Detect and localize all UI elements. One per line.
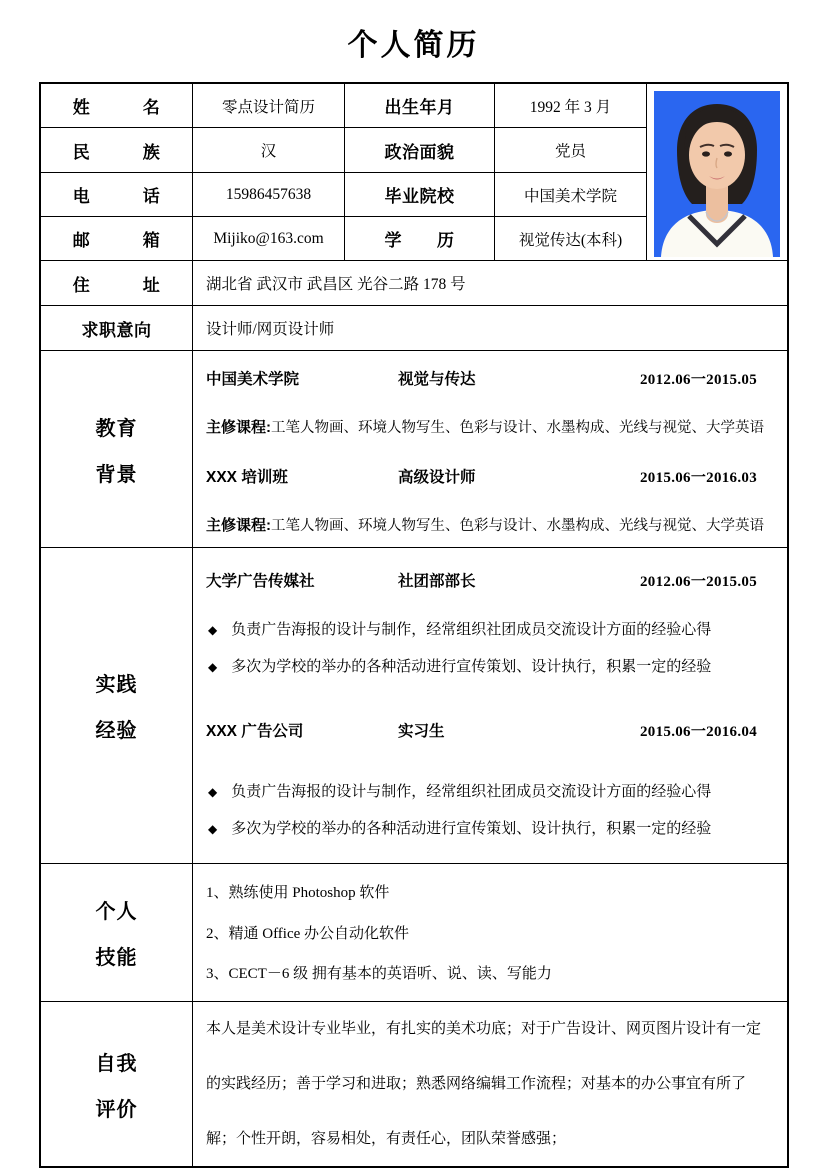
page-title: 个人简历 xyxy=(0,20,827,64)
education-date: 2012.06一2015.05 xyxy=(640,368,757,389)
field-label-ethnicity: 民 族 xyxy=(41,128,193,173)
section-label-education-line1: 教育 xyxy=(96,412,138,441)
field-value-phone: 15986457638 xyxy=(193,173,345,217)
practice-date: 2015.06一2016.04 xyxy=(640,720,757,741)
practice-entry-head: XXX 广告公司 实习生 2015.06一2016.04 xyxy=(206,719,771,741)
field-label-name: 姓 名 xyxy=(41,84,193,128)
section-label-education-line2: 背景 xyxy=(96,458,138,487)
education-org: 中国美术学院 xyxy=(206,367,398,389)
field-value-ethnicity: 汉 xyxy=(193,128,345,173)
field-label-objective: 求职意向 xyxy=(41,306,193,351)
practice-bullet-text: 多次为学校的举办的各种活动进行宣传策划、设计执行，积累一定的经验 xyxy=(231,817,711,838)
practice-entry-head: 大学广告传媒社 社团部部长 2012.06一2015.05 xyxy=(206,569,771,591)
practice-bullet-text: 负责广告海报的设计与制作，经常组织社团成员交流设计方面的经验心得 xyxy=(231,618,711,639)
practice-date: 2012.06一2015.05 xyxy=(640,570,757,591)
diamond-bullet-icon: ◆ xyxy=(208,660,217,674)
practice-role: 社团部部长 xyxy=(398,569,640,591)
education-date: 2015.06一2016.03 xyxy=(640,466,757,487)
field-value-degree: 视觉传达(本科) xyxy=(495,217,647,261)
practice-bullet-text: 负责广告海报的设计与制作，经常组织社团成员交流设计方面的经验心得 xyxy=(231,780,711,801)
field-value-address: 湖北省 武汉市 武昌区 光谷二路 178 号 xyxy=(193,261,787,306)
practice-org: 大学广告传媒社 xyxy=(206,569,398,591)
practice-bullet: ◆ 负责广告海报的设计与制作，经常组织社团成员交流设计方面的经验心得 xyxy=(206,618,771,639)
section-label-skills: 个人 技能 xyxy=(41,864,193,1002)
skill-item: 3、CECT－6 级 拥有基本的英语听、说、读、写能力 xyxy=(206,962,771,983)
education-courses-text: 工笔人物画、环境人物写生、色彩与设计、水墨构成、光线与视觉、大学英语 xyxy=(271,420,764,436)
evaluation-text: 本人是美术设计专业毕业，有扎实的美术功底；对于广告设计、网页图片设计有一定的实践… xyxy=(206,1002,769,1166)
skill-item: 1、熟练使用 Photoshop 软件 xyxy=(206,881,771,902)
field-value-school: 中国美术学院 xyxy=(495,173,647,217)
resume-table: 姓 名 零点设计简历 出生年月 1992 年 3 月 xyxy=(39,82,789,1168)
education-org: XXX 培训班 xyxy=(206,465,398,487)
diamond-bullet-icon: ◆ xyxy=(208,785,217,799)
section-content-education: 中国美术学院 视觉与传达 2012.06一2015.05 主修课程:工笔人物画、… xyxy=(193,351,787,548)
field-label-school: 毕业院校 xyxy=(345,173,495,217)
field-label-email: 邮 箱 xyxy=(41,217,193,261)
section-label-practice-line2: 经验 xyxy=(96,714,138,743)
section-content-practice: 大学广告传媒社 社团部部长 2012.06一2015.05 ◆ 负责广告海报的设… xyxy=(193,548,787,864)
education-entry-head: XXX 培训班 高级设计师 2015.06一2016.03 xyxy=(206,465,771,487)
field-value-political: 党员 xyxy=(495,128,647,173)
education-courses-label: 主修课程: xyxy=(206,419,271,436)
field-value-name: 零点设计简历 xyxy=(193,84,345,128)
field-value-objective: 设计师/网页设计师 xyxy=(193,306,787,351)
section-label-education: 教育 背景 xyxy=(41,351,193,548)
practice-bullet: ◆ 多次为学校的举办的各种活动进行宣传策划、设计执行，积累一定的经验 xyxy=(206,655,771,676)
section-content-evaluation: 本人是美术设计专业毕业，有扎实的美术功底；对于广告设计、网页图片设计有一定的实践… xyxy=(193,1002,787,1166)
section-label-practice-line1: 实践 xyxy=(96,668,138,697)
section-label-skills-line2: 技能 xyxy=(96,941,138,970)
photo-cell xyxy=(647,84,787,261)
field-value-birth: 1992 年 3 月 xyxy=(495,84,647,128)
diamond-bullet-icon: ◆ xyxy=(208,623,217,637)
section-label-evaluation: 自我 评价 xyxy=(41,1002,193,1166)
section-label-evaluation-line1: 自我 xyxy=(96,1047,138,1076)
diamond-bullet-icon: ◆ xyxy=(208,822,217,836)
field-label-phone: 电 话 xyxy=(41,173,193,217)
education-courses: 主修课程:工笔人物画、环境人物写生、色彩与设计、水墨构成、光线与视觉、大学英语 xyxy=(206,416,771,437)
field-label-political: 政治面貌 xyxy=(345,128,495,173)
skill-item: 2、精通 Office 办公自动化软件 xyxy=(206,922,771,943)
practice-bullet: ◆ 多次为学校的举办的各种活动进行宣传策划、设计执行，积累一定的经验 xyxy=(206,817,771,838)
education-entry-head: 中国美术学院 视觉与传达 2012.06一2015.05 xyxy=(206,367,771,389)
section-label-practice: 实践 经验 xyxy=(41,548,193,864)
education-major: 视觉与传达 xyxy=(398,367,640,389)
section-label-skills-line1: 个人 xyxy=(96,895,138,924)
education-courses-text: 工笔人物画、环境人物写生、色彩与设计、水墨构成、光线与视觉、大学英语 xyxy=(271,518,764,534)
portrait-eye-left xyxy=(702,151,710,156)
education-courses-label: 主修课程: xyxy=(206,517,271,534)
practice-bullet: ◆ 负责广告海报的设计与制作，经常组织社团成员交流设计方面的经验心得 xyxy=(206,780,771,801)
education-major: 高级设计师 xyxy=(398,465,640,487)
practice-bullet-text: 多次为学校的举办的各种活动进行宣传策划、设计执行，积累一定的经验 xyxy=(231,655,711,676)
field-label-degree: 学 历 xyxy=(345,217,495,261)
portrait-eye-right xyxy=(724,151,732,156)
section-label-evaluation-line2: 评价 xyxy=(96,1093,138,1122)
field-label-address: 住 址 xyxy=(41,261,193,306)
field-value-email: Mijiko@163.com xyxy=(193,217,345,261)
practice-org: XXX 广告公司 xyxy=(206,719,398,741)
section-content-skills: 1、熟练使用 Photoshop 软件 2、精通 Office 办公自动化软件 … xyxy=(193,864,787,1002)
id-photo xyxy=(654,91,780,257)
practice-role: 实习生 xyxy=(398,719,640,741)
field-label-birth: 出生年月 xyxy=(345,84,495,128)
education-courses: 主修课程:工笔人物画、环境人物写生、色彩与设计、水墨构成、光线与视觉、大学英语 xyxy=(206,514,771,535)
